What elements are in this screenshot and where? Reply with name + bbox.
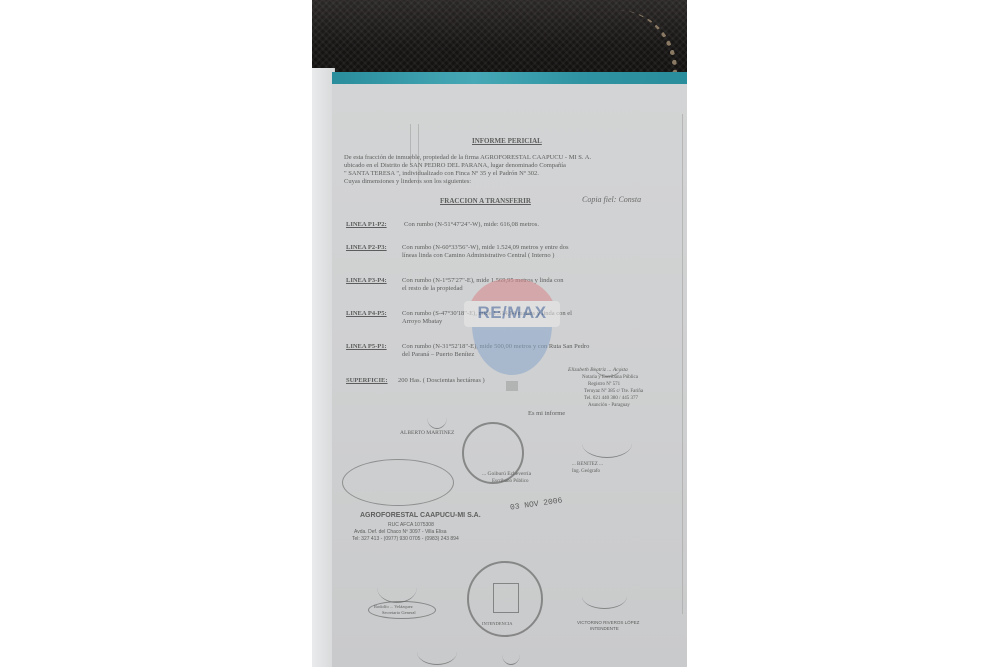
remax-watermark: RE/MAX [462,279,562,394]
signature [502,644,520,665]
signature [427,406,447,429]
line-text: Con rumbo (N-60°33'56"-W), mide 1.524,09… [402,244,569,252]
company-signature [342,459,454,506]
intro-line: Cuyas dimensiones y linderos son los sig… [344,178,471,186]
closing-text: Es mi informe [528,410,565,418]
line-label: LINEA P5-P1: [346,343,387,351]
line-label: LINEA P2-P3: [346,244,387,252]
line-text: líneas linda con Camino Administrativo C… [402,252,554,260]
signatory-role: Escribano Público [492,478,529,486]
line-label: LINEA P4-P5: [346,310,387,318]
intro-line: " SANTA TERESA ", individualizado con Fi… [344,170,539,178]
company-name: AGROFORESTAL CAAPUCU-MI S.A. [360,512,481,520]
date-stamp: 03 NOV 2006 [510,497,563,512]
handwritten-note: Copia fiel: Consta [582,196,641,204]
remax-logo-text: RE/MAX [462,303,562,323]
document-sheet: INFORME PERICIAL De esta fracción de inm… [332,84,687,667]
signature [582,429,632,458]
municipal-seal-text: INTENDENCIA [482,620,513,628]
folder-edge [332,72,687,84]
intro-line: ubicado en el Distrito de SAN PEDRO DEL … [344,162,566,170]
surface-label: SUPERFICIE: [346,377,388,385]
signature [582,584,627,609]
mayor-role: INTENDENTE [590,625,619,633]
signatory-role: Ing. Geógrafo [572,468,600,476]
signatory-name: ALBERTO MARTINEZ [400,429,454,437]
company-phone: Tel: 327 413 - (0977) 930 0705 - (0983) … [352,535,459,543]
signature [377,572,417,603]
line-text: el resto de la propiedad [402,285,463,293]
section-title: FRACCION A TRANSFERIR [440,197,531,205]
signature [417,639,457,665]
notary-signature [594,354,622,377]
document-title: INFORME PERICIAL [472,137,542,145]
line-text: Con rumbo (N-51°47'24"-W), mide: 616,08 … [404,221,539,229]
line-text: Arroyo Mbatay [402,318,442,326]
intro-line: De esta fracción de inmueble, propiedad … [344,154,591,162]
secretary-role: Secretario General [382,609,416,617]
document-photo: INFORME PERICIAL De esta fracción de inm… [312,0,687,667]
line-label: LINEA P3-P4: [346,277,387,285]
signatory-name: ... Goiburú Echeverría [482,470,531,478]
notary-stamp-line: Asunción - Paraguay [588,402,630,410]
balloon-basket-icon [506,381,518,391]
line-label: LINEA P1-P2: [346,221,387,229]
